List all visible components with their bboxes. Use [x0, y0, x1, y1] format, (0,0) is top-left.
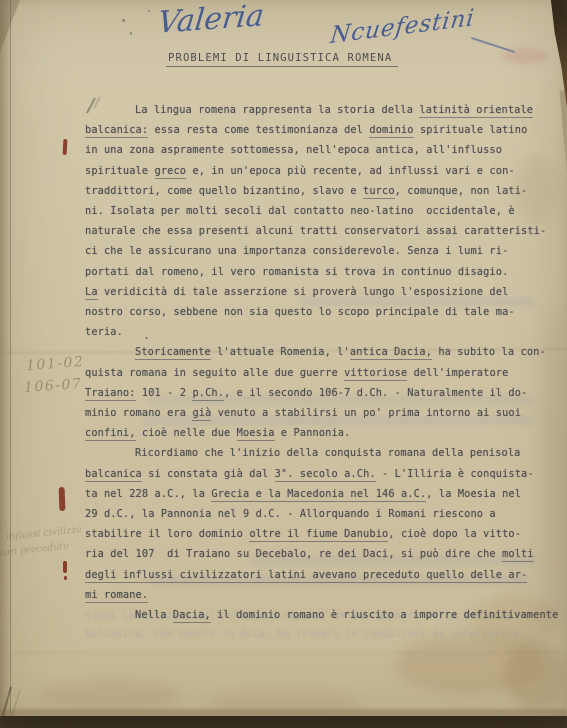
typed-line: teria. [85, 326, 123, 338]
red-margin-mark [63, 561, 67, 573]
bleedthrough-stripe [300, 297, 535, 306]
typed-line: minio romano era già venuto a stabilirsi… [85, 407, 521, 419]
typed-line: La lingua romena rappresenta la storia d… [85, 104, 533, 116]
stain [505, 640, 565, 710]
typed-line: confini, cioè nelle due Moesia e Pannoni… [85, 427, 350, 439]
typed-line: spirituale greco e, in un'epoca più rece… [85, 165, 515, 177]
ink-speck [145, 337, 148, 339]
typed-line: in una zona aspramente sottomessa, nell'… [85, 144, 502, 156]
typed-line: Ricordiamo che l'inizio della conquista … [85, 447, 520, 459]
margin-pencil-note-1: influssi civilizza [6, 524, 83, 543]
typed-line: portati dal romeno, il vero romanista si… [85, 266, 508, 278]
left-fold-line [10, 0, 11, 728]
typed-line: ci che le assicurano una importanza cons… [85, 245, 508, 257]
typed-line: mi romane. [85, 589, 148, 601]
typed-line: stabilire il loro dominio oltre il fiume… [85, 528, 521, 540]
typed-line: naturale che essa presenti alcuni tratti… [85, 225, 546, 237]
red-margin-mark [63, 139, 68, 155]
typed-line: degli influssi civilizzatori latini avev… [85, 569, 527, 581]
ink-speck [148, 10, 150, 12]
typed-line: La veridicità di tale asserzione si prov… [85, 286, 508, 298]
handwritten-name-valeria: Valeria [156, 0, 265, 41]
ink-speck [130, 32, 132, 35]
margin-note-years-1: 101-02 [26, 354, 85, 374]
handwriting-flourish [471, 37, 515, 53]
typed-line: traddittori, come quello bizantino, slav… [85, 185, 527, 197]
typed-line: Storicamente l'attuale Romenia, l'antica… [85, 346, 546, 358]
margin-note-years-2: 106-07 [24, 376, 83, 396]
page-title: PROBLEMI DI LINGUISTICA ROMENA [166, 52, 398, 67]
typed-line: Traiano: 101 - 2 p.Ch., e il secondo 106… [85, 387, 527, 399]
stain [40, 680, 180, 710]
ink-speck [122, 19, 125, 22]
typed-line: Nella Dacia, il dominio romano è riuscit… [85, 609, 558, 621]
typed-line: 29 d.C., la Pannonia nel 9 d.C. - Allorq… [85, 508, 496, 520]
typed-line: ta nel 228 a.C., la Grecia e la Macedoni… [85, 488, 521, 500]
red-margin-mark [59, 487, 66, 511]
handwritten-name-surname: Ncuefestini [329, 5, 476, 49]
typed-line: ria del 107 di Traiano su Decebalo, re d… [85, 548, 534, 560]
bottom-dark-edge [0, 716, 567, 728]
typed-line: nostro corso, sebbene non sia questo lo … [85, 306, 515, 318]
typed-line: balcanica si constata già dal 3°. secolo… [85, 468, 534, 480]
typed-line: ni. Isolata per molti secoli dal contatt… [85, 205, 515, 217]
typed-line: quista romana in seguito alle due guerre… [85, 367, 508, 379]
bleedthrough-text-line: balcanica, che venuto in Asia, ha trovat… [85, 628, 519, 640]
horizontal-crease-2 [0, 652, 567, 654]
red-margin-mark-dot [64, 576, 67, 580]
scanned-document-page: Valeria Ncuefestini PROBLEMI DI LINGUIST… [0, 0, 567, 728]
typed-line: balcanica: essa resta come testimonianza… [85, 124, 527, 136]
